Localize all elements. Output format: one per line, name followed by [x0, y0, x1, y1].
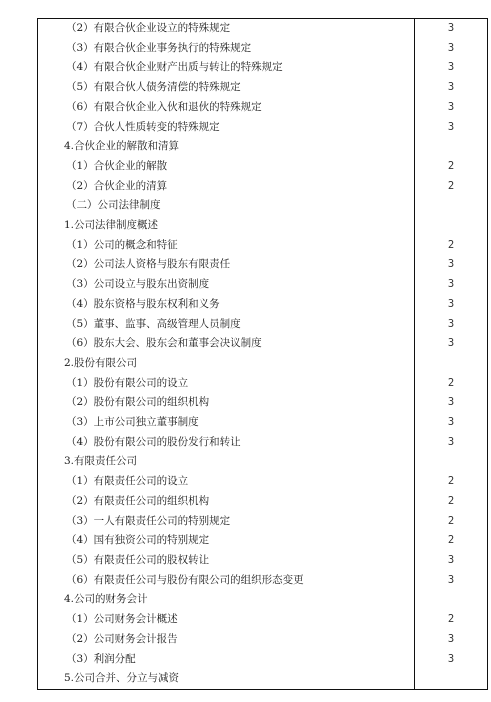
- table-row: （3）利润分配3: [38, 650, 488, 670]
- level-cell: 3: [415, 334, 488, 354]
- table-row: （2）公司法人资格与股东有限责任3: [38, 255, 488, 275]
- topic-cell: （4）股份有限公司的股份发行和转让: [38, 433, 415, 453]
- topic-cell: （3）有限合伙企业事务执行的特殊规定: [38, 39, 415, 59]
- level-cell: 3: [415, 650, 488, 670]
- section-heading-row: 4.合伙企业的解散和清算: [38, 137, 488, 157]
- chapter-heading-cell: （二）公司法律制度: [38, 196, 415, 216]
- level-cell: 2: [415, 374, 488, 394]
- table-row: （2）公司财务会计报告3: [38, 630, 488, 650]
- syllabus-table-body: （2）有限合伙企业设立的特殊规定3 （3）有限合伙企业事务执行的特殊规定3 （4…: [38, 19, 488, 690]
- level-cell: 3: [415, 39, 488, 59]
- table-row: （2）有限责任公司的组织机构2: [38, 492, 488, 512]
- level-cell: 3: [415, 295, 488, 315]
- section-heading-row: 3.有限责任公司: [38, 452, 488, 472]
- level-cell: 3: [415, 630, 488, 650]
- level-cell: 3: [415, 19, 488, 39]
- topic-cell: （2）有限合伙企业设立的特殊规定: [38, 19, 415, 39]
- table-row: （1）公司财务会计概述2: [38, 610, 488, 630]
- topic-cell: （1）有限责任公司的设立: [38, 472, 415, 492]
- topic-cell: （3）上市公司独立董事制度: [38, 413, 415, 433]
- table-row: （2）有限合伙企业设立的特殊规定3: [38, 19, 488, 39]
- topic-cell: （1）公司财务会计概述: [38, 610, 415, 630]
- table-row: （7）合伙人性质转变的特殊规定3: [38, 118, 488, 138]
- table-row: （6）有限责任公司与股份有限公司的组织形态变更3: [38, 571, 488, 591]
- topic-cell: （4）有限合伙企业财产出质与转让的特殊规定: [38, 58, 415, 78]
- topic-cell: （2）股份有限公司的组织机构: [38, 393, 415, 413]
- table-row: （1）有限责任公司的设立2: [38, 472, 488, 492]
- section-heading-cell: 4.合伙企业的解散和清算: [38, 137, 415, 157]
- section-heading-cell: 2.股份有限公司: [38, 354, 415, 374]
- section-heading-cell: 4.公司的财务会计: [38, 590, 415, 610]
- topic-cell: （5）有限合伙人债务清偿的特殊规定: [38, 78, 415, 98]
- topic-cell: （5）董事、监事、高级管理人员制度: [38, 315, 415, 335]
- chapter-heading-row: （二）公司法律制度: [38, 196, 488, 216]
- level-cell: 3: [415, 78, 488, 98]
- section-heading-row: 5.公司合并、分立与减资: [38, 669, 488, 689]
- level-cell: 3: [415, 118, 488, 138]
- topic-cell: （5）有限责任公司的股权转让: [38, 551, 415, 571]
- level-cell: 3: [415, 551, 488, 571]
- level-cell: 3: [415, 275, 488, 295]
- level-cell: [415, 669, 488, 689]
- section-heading-row: 2.股份有限公司: [38, 354, 488, 374]
- level-cell: 3: [415, 393, 488, 413]
- table-row: （3）有限合伙企业事务执行的特殊规定3: [38, 39, 488, 59]
- level-cell: 2: [415, 492, 488, 512]
- level-cell: 3: [415, 315, 488, 335]
- table-row: （6）股东大会、股东会和董事会决议制度3: [38, 334, 488, 354]
- topic-cell: （6）有限责任公司与股份有限公司的组织形态变更: [38, 571, 415, 591]
- level-cell: 3: [415, 255, 488, 275]
- topic-cell: （3）一人有限责任公司的特别规定: [38, 512, 415, 532]
- syllabus-table: （2）有限合伙企业设立的特殊规定3 （3）有限合伙企业事务执行的特殊规定3 （4…: [37, 18, 488, 690]
- level-cell: 2: [415, 610, 488, 630]
- table-row: （3）公司设立与股东出资制度3: [38, 275, 488, 295]
- table-row: （4）国有独资公司的特别规定2: [38, 531, 488, 551]
- topic-cell: （2）合伙企业的清算: [38, 177, 415, 197]
- level-cell: 2: [415, 177, 488, 197]
- level-cell: 2: [415, 531, 488, 551]
- level-cell: 2: [415, 472, 488, 492]
- level-cell: 2: [415, 157, 488, 177]
- topic-cell: （3）公司设立与股东出资制度: [38, 275, 415, 295]
- section-heading-row: 1.公司法律制度概述: [38, 216, 488, 236]
- topic-cell: （2）公司财务会计报告: [38, 630, 415, 650]
- table-row: （1）公司的概念和特征2: [38, 236, 488, 256]
- table-row: （2）合伙企业的清算2: [38, 177, 488, 197]
- level-cell: 3: [415, 58, 488, 78]
- topic-cell: （7）合伙人性质转变的特殊规定: [38, 118, 415, 138]
- table-row: （2）股份有限公司的组织机构3: [38, 393, 488, 413]
- level-cell: 2: [415, 512, 488, 532]
- level-cell: 3: [415, 433, 488, 453]
- table-row: （4）有限合伙企业财产出质与转让的特殊规定3: [38, 58, 488, 78]
- level-cell: 2: [415, 236, 488, 256]
- section-heading-row: 4.公司的财务会计: [38, 590, 488, 610]
- table-row: （3）上市公司独立董事制度3: [38, 413, 488, 433]
- section-heading-cell: 1.公司法律制度概述: [38, 216, 415, 236]
- topic-cell: （4）股东资格与股东权利和义务: [38, 295, 415, 315]
- level-cell: [415, 216, 488, 236]
- topic-cell: （2）有限责任公司的组织机构: [38, 492, 415, 512]
- table-row: （5）董事、监事、高级管理人员制度3: [38, 315, 488, 335]
- table-row: （1）合伙企业的解散2: [38, 157, 488, 177]
- table-row: （5）有限合伙人债务清偿的特殊规定3: [38, 78, 488, 98]
- level-cell: [415, 196, 488, 216]
- level-cell: [415, 452, 488, 472]
- topic-cell: （1）合伙企业的解散: [38, 157, 415, 177]
- topic-cell: （1）股份有限公司的设立: [38, 374, 415, 394]
- level-cell: [415, 137, 488, 157]
- table-row: （5）有限责任公司的股权转让3: [38, 551, 488, 571]
- topic-cell: （1）公司的概念和特征: [38, 236, 415, 256]
- section-heading-cell: 3.有限责任公司: [38, 452, 415, 472]
- level-cell: [415, 354, 488, 374]
- level-cell: 3: [415, 413, 488, 433]
- table-row: （4）股东资格与股东权利和义务3: [38, 295, 488, 315]
- topic-cell: （6）有限合伙企业入伙和退伙的特殊规定: [38, 98, 415, 118]
- topic-cell: （4）国有独资公司的特别规定: [38, 531, 415, 551]
- table-row: （3）一人有限责任公司的特别规定2: [38, 512, 488, 532]
- topic-cell: （2）公司法人资格与股东有限责任: [38, 255, 415, 275]
- table-row: （1）股份有限公司的设立2: [38, 374, 488, 394]
- level-cell: 3: [415, 571, 488, 591]
- table-row: （4）股份有限公司的股份发行和转让3: [38, 433, 488, 453]
- level-cell: 3: [415, 98, 488, 118]
- topic-cell: （3）利润分配: [38, 650, 415, 670]
- topic-cell: （6）股东大会、股东会和董事会决议制度: [38, 334, 415, 354]
- level-cell: [415, 590, 488, 610]
- table-row: （6）有限合伙企业入伙和退伙的特殊规定3: [38, 98, 488, 118]
- section-heading-cell: 5.公司合并、分立与减资: [38, 669, 415, 689]
